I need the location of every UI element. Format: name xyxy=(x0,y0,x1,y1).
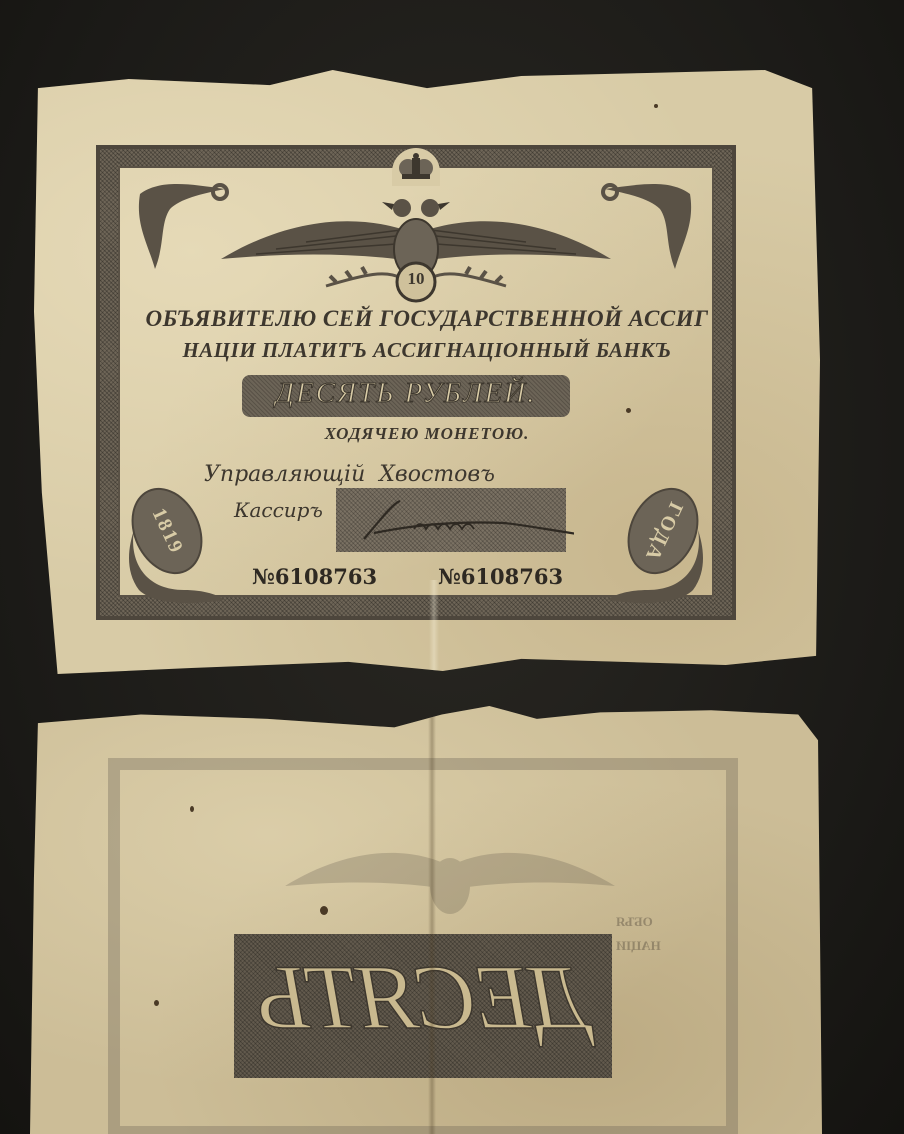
stain-spot xyxy=(190,806,194,812)
mirrored-denomination-text: ДЕСЯТЬ xyxy=(234,944,612,1050)
fold-tear xyxy=(429,580,439,674)
banknote-back: ОБЪЯ НАЦІИ ДЕСЯТЬ xyxy=(30,706,822,1134)
corner-flourish-top-left-icon xyxy=(130,174,230,274)
cashier-label: Кассиръ xyxy=(234,498,323,522)
serial-number-left: №6108763 xyxy=(252,564,377,589)
promise-text-line-1: ОБЪЯВИТЕЛЮ СЕЙ ГОСУДАРСТВЕННОЙ АССИГ xyxy=(34,306,820,332)
promise-text-line-2: НАЦІИ ПЛАТИТЪ АССИГНАЦІОННЫЙ БАНКЪ xyxy=(34,338,820,363)
denomination-text: ДЕСЯТЬ РУБЛЕЙ. xyxy=(242,377,570,410)
cashier-signature xyxy=(344,495,574,545)
stain-spot xyxy=(320,906,328,915)
faded-eagle-icon xyxy=(280,816,620,926)
serial-number-right: №6108763 xyxy=(438,564,563,589)
manager-signature: Хвостовъ xyxy=(379,462,495,487)
faded-mirrored-text: НАЦІИ xyxy=(616,938,661,954)
stain-spot xyxy=(154,1000,159,1006)
corner-flourish-top-right-icon xyxy=(600,174,700,274)
banknote-front: 10 ОБЪЯВИТЕЛЮ СЕЙ ГОСУДАРСТВЕННОЙ АССИГ … xyxy=(34,70,820,674)
denomination-medallion: 10 xyxy=(398,269,434,289)
center-fold xyxy=(428,706,436,1134)
stain-spot xyxy=(654,104,658,108)
stain-spot xyxy=(626,408,631,413)
faded-mirrored-text: ОБЪЯ xyxy=(616,914,653,930)
currency-text: ХОДЯЧЕЮ МОНЕТОЮ. xyxy=(34,424,820,444)
manager-label: Управляющій Хвостовъ xyxy=(204,462,495,487)
